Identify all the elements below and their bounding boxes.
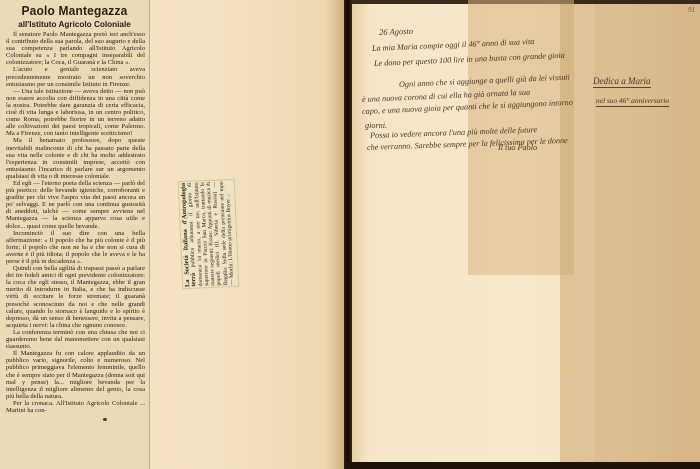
clipping-paragraph: Incominciò il suo dire con una bella aff… (6, 230, 145, 265)
dedication-line-1: Dedica a Maria (593, 76, 651, 86)
letter-line: Ogni anno che si aggiunge a quelli già d… (399, 73, 570, 89)
letter-line: giorni. (365, 121, 387, 130)
letter-date: 26 Agosto (379, 26, 413, 37)
clipping-paragraph: La conferenza terminò con una chiusa che… (6, 329, 145, 350)
letter-line: La mia Maria compie oggi il 46° anno di … (372, 37, 535, 53)
dedication-text: Dedica a Maria (593, 76, 651, 88)
handwritten-letter: 26 Agosto La mia Maria compie oggi il 46… (355, 0, 605, 200)
dedication-line-2: nel suo 46° anniversario (596, 96, 669, 105)
clipping-paragraph: Ed egli — l'eterno poeta della scienza —… (6, 180, 145, 230)
clipping-paragraph: Il senatore Paolo Mantegazza portò ieri … (6, 31, 145, 66)
clipping-paragraph: L'acuto e geniale scienziato aveva prece… (6, 66, 145, 87)
letter-line: Le dono per questo 100 lire in una busta… (374, 51, 565, 68)
letter-signature: Il tuo Paolo (498, 143, 537, 152)
small-clipping-text: La Società Italiana d'Antropologia terrà… (180, 181, 236, 287)
pasted-paper-shade (594, 4, 700, 462)
clipping-paragraph: Il Mantegazza fu con calore applaudito d… (6, 350, 145, 400)
clipping-subtitle: all'Istituto Agricolo Coloniale (0, 20, 149, 29)
page-number: 91 (688, 6, 695, 14)
small-clipping: La Società Italiana d'Antropologia terrà… (178, 179, 240, 289)
newspaper-clipping: Paolo Mantegazza all'Istituto Agricolo C… (0, 0, 150, 469)
dedication-text: nel suo 46° anniversario (596, 96, 669, 107)
book-gutter (344, 0, 352, 469)
ink-stain (103, 418, 107, 421)
small-clipping-body: pubblica adunanza il giorno di domenica … (187, 181, 235, 286)
clipping-paragraph: — Una tale istituzione — aveva detto — n… (6, 88, 145, 138)
clipping-paragraph: Ma il benamato professore, dopo queste i… (6, 137, 145, 180)
page-bottom-edge (346, 462, 700, 469)
clipping-title: Paolo Mantegazza (6, 3, 143, 18)
clipping-body: Il senatore Paolo Mantegazza portò ieri … (0, 31, 149, 414)
clipping-paragraph: Per la cronaca. All'Istituto Agricolo Co… (6, 400, 145, 414)
album-spread: Paolo Mantegazza all'Istituto Agricolo C… (0, 0, 700, 469)
clipping-paragraph: Quindi con bella agilità di trapassi pas… (6, 265, 145, 329)
